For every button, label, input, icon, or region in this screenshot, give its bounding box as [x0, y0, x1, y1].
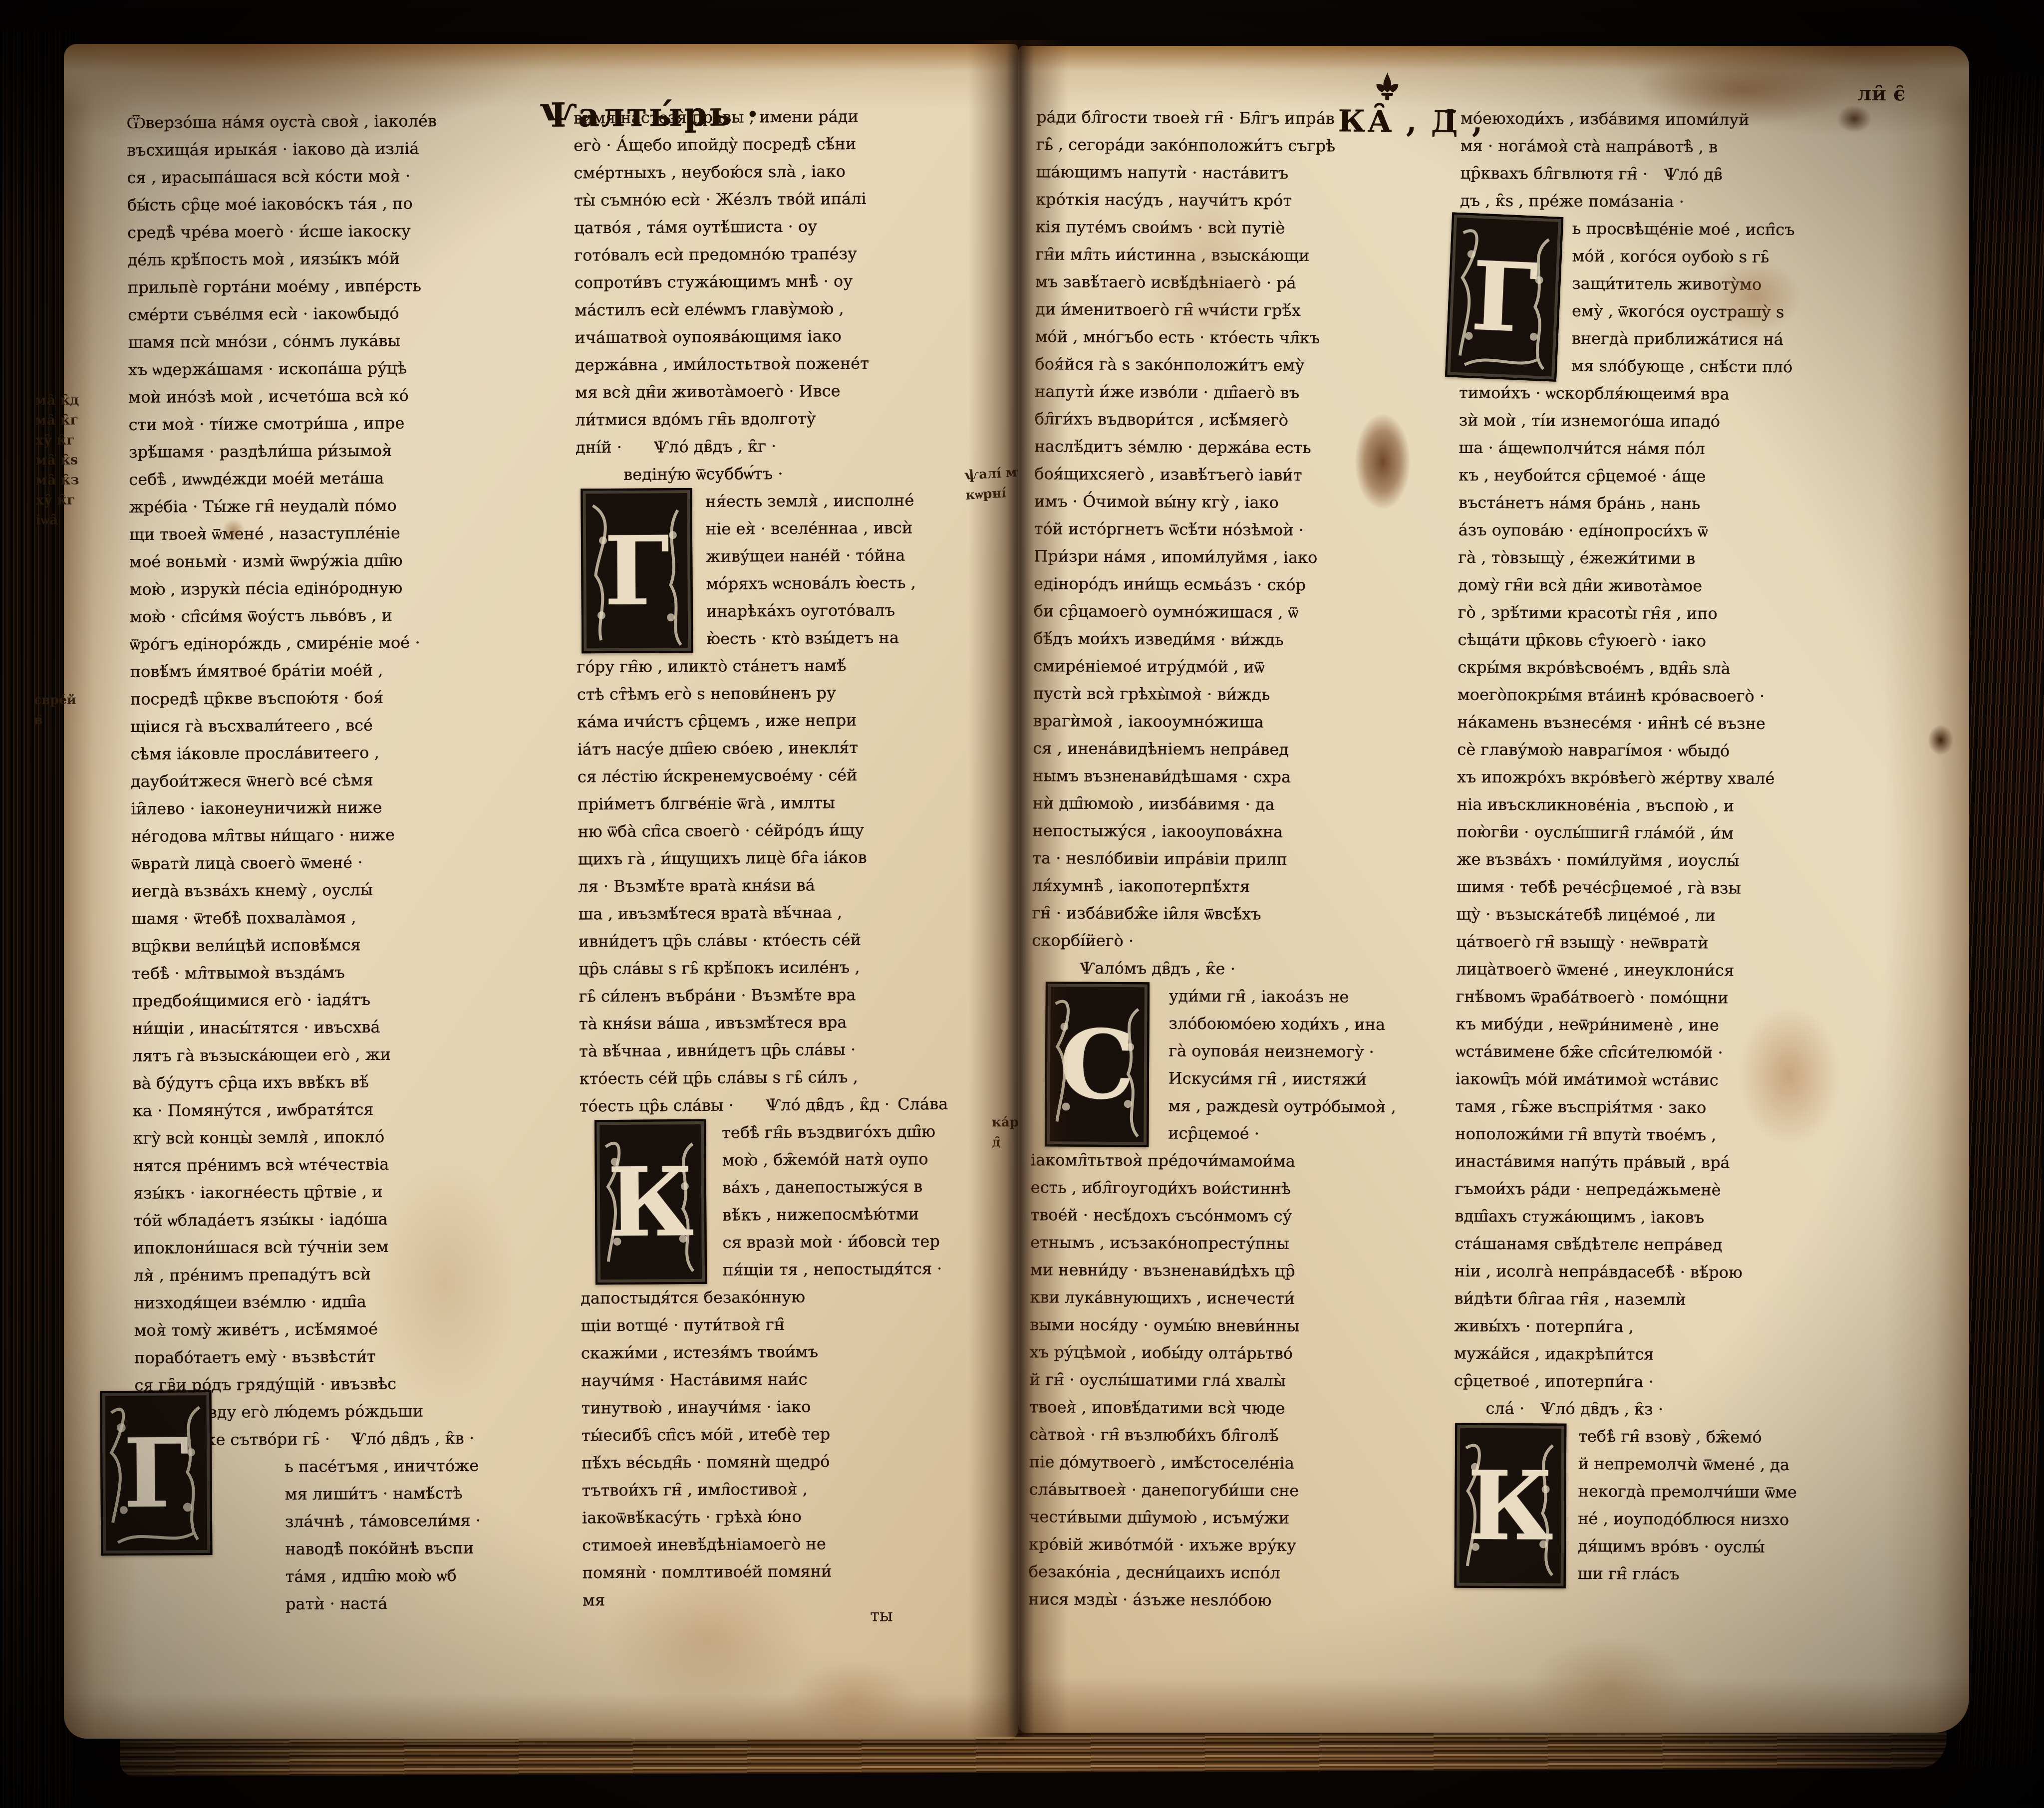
text-line: чести́выми дш̑умою̀ , исъму́жи [1029, 1503, 1441, 1533]
text-line: дъ , к̑ѕ , пре́же пома́заніа · [1460, 187, 1909, 217]
text-line: ню ѿба̀ сп̑са своего̀ · се́йро́дъ и́щу [578, 815, 997, 845]
text-line: средѣ̀ чре́ва моего̀ · и́сше іакоску [127, 217, 522, 247]
text-line: врагѝмоя̀ , іакооумно́жиша [1033, 707, 1445, 737]
text-line: пустѝ вся̀ грѣхы̀моя̀ · ви́ждь [1033, 680, 1445, 709]
text-line: го́ру гн̑ю , иликто̀ ста́нетъ намѣ́ [577, 651, 996, 681]
text-line: боя́йся га̀ ѕ зако́нположи́тъ ему̀ [1035, 350, 1447, 380]
text-line: ича́шатвоя̀ оупоява́ющимя іако [575, 321, 994, 351]
text-line: мою̀ , изрукѝ пе́сіа едіно́родную [129, 573, 524, 603]
text-line: ніи , исолга̀ непра́вдасебѣ̀ · вѣ́рою [1455, 1258, 1904, 1288]
text-line: ѡста́вимене бж̑е сп̑си́телюмо́й · [1456, 1038, 1905, 1068]
text-line: Ѿверзо́ша на́мя оуста̀ своя̀ , іаколе́в [127, 107, 521, 137]
text-line: же възва́хъ · поми́луймя , иоуслы́ [1457, 846, 1906, 876]
text-line: нися мзды̀ · а́зъже неѕло́бою [1028, 1585, 1440, 1615]
text-line: къ мибу́ди , неѿри́нименѐ , ине [1456, 1011, 1905, 1040]
text-line: іа́тъ насу́е дш̑ею сво́ею , инекля́т [577, 733, 996, 763]
text-line: іи̑лево · іаконеуничижѝ ниже [131, 793, 525, 823]
text-line: ніа ивъскликнове́ніа , въспою̀ , и [1457, 791, 1906, 821]
text-line: гь̑ си́ленъ въбра́ни · Възмѣ́те вра [579, 980, 998, 1010]
text-line: ка́ма ичи́стъ ср̑цемъ , иже непри [577, 706, 996, 736]
text-line: При́зри на́мя , ипоми́луймя , іако [1034, 542, 1446, 572]
text-line: то́й ѡблада́етъ язы́кы · іадо́ша [133, 1205, 528, 1235]
text-line: гь̑ , сегора́ди зако́нположи́тъ съгрѣ [1036, 131, 1448, 160]
text-line: ма̑ к̑д [35, 390, 79, 411]
text-line: гнѣ́вомъ ѿраба́твоего̀ · помо́щни [1456, 983, 1905, 1013]
text-line: ѿро́гъ едіноро́ждь , смире́ніе мое́ · [130, 628, 524, 658]
text-line: піе до́мутвоего̀ , имѣ́стоселе́ніа [1029, 1448, 1441, 1478]
text-line: бѣ́дъ мои́хъ изведи́мя · ви́ждь [1033, 625, 1445, 654]
text-line: ма̑ к̑ѕ [35, 450, 79, 471]
text-line: непостыжу́ся , іакооупова́хна [1032, 817, 1444, 846]
text-line: хъ ру́цѣмоѝ , иобы́ду олта́рьтво́ [1030, 1338, 1442, 1368]
text-line: пѣ́хъ ве́сьдн̑ь · помянѝ щедро́ [582, 1447, 1001, 1477]
text-line: гото́валъ есѝ предомно́ю трапе́зу [574, 239, 993, 269]
text-line: ма́стилъ есѝ еле́ѡмъ главу̀мою̀ , [575, 294, 994, 324]
text-line: тамя , гь̑же въспрія́тмя · зако [1455, 1093, 1904, 1123]
text-line: имъ · О́чимоѝ вы́ну кгу̀ , іако [1034, 488, 1446, 517]
text-line: цр̑ь сла́вы ѕ гь̑ крѣ́покъ исиле́нъ , [579, 953, 998, 983]
text-line: тебѣ̀ · мл̑твымоя̀ възда́мъ [132, 958, 526, 988]
text-line: кро́ткія насу́дъ , научи́тъ кро́т [1036, 186, 1448, 215]
text-line: сѐ главу́мою̀ наврагі́моя · ѡбыдо́ [1457, 736, 1906, 766]
text-line: предбоя́щимися его̀ · іадя́тъ [132, 985, 526, 1015]
text-line: на́камень възнесе́мя · ин̑нѣ се́ възне [1458, 709, 1907, 739]
text-line: цатво́я , та́мя оутѣ́шиста · оу [574, 212, 993, 242]
text-line: гн̑и мл̑ть ии́стинна , взыска́ющи [1035, 241, 1447, 270]
text-line: пріи́метъ блгве́ніе ѿга̀ , имлты [578, 788, 997, 818]
text-line: посредѣ̀ цр̑кве въспою́тя · боя́ [130, 683, 525, 713]
text-line: порабо́таетъ ему̀ · възвѣсти́т [134, 1342, 529, 1372]
catchword: ты [870, 1606, 893, 1626]
text-line: щи твоея̀ ѿмене́ , назаступле́ніе [129, 518, 524, 548]
ornate-initial-psalm26: Г [1445, 212, 1563, 381]
book-gutter-shadow [968, 40, 1068, 1737]
text-line: тинутвою̀ , инаучи́мя · іако [581, 1392, 1000, 1422]
text-line: наслѣ́дитъ зе́млю · держа́ва есть [1034, 433, 1446, 462]
text-line: ты́есибъ̑ сп̑съ мо́й , итебѐ тер [582, 1419, 1001, 1449]
right-page: КА̑ , Д̑ , ли̑ є̑ ра́ди бл̑гости твоея̀ … [1018, 46, 1969, 1733]
text-line: мужа́йся , идакрѣпи́тся [1454, 1340, 1903, 1370]
text-line: гн̑ · изба́вибж̑е іи̑ля ѿвсѣ́хъ [1032, 899, 1444, 929]
text-line: де́ль крѣ́пость моя̀ , иязы́къ мо́й [127, 244, 522, 274]
text-line: кто́есть се́й цр̑ь сла́вы ѕ гь̑ си́лъ , [579, 1062, 998, 1092]
text-line: шамя псѝ мно́зи , со́нмъ лука́вы [128, 326, 522, 356]
text-line: ша · а́щеѡполчи́тся на́мя по́л [1459, 434, 1908, 464]
text-line: лица̀твоего̀ ѿмене́ , инеуклони́ся [1456, 956, 1905, 986]
text-line: іакоѿвѣ́касу́ть · грѣха̀ ю́но [582, 1502, 1001, 1532]
text-line: дні́й · Ѱло́ дв̑дъ , к̑г · [576, 431, 995, 461]
text-line: низходя́щеи взе́млю · идш̑а [134, 1287, 528, 1317]
text-line: ивни́детъ цр̑ь сла́вы · кто́есть се́й [579, 925, 998, 955]
left-page: Ѱалты́рь · Ѿверзо́ша на́мя оуста̀ своя̀ … [64, 44, 1018, 1739]
text-line: мо́й , мно́гъбо есть · кто́есть чл̑къ [1035, 323, 1447, 352]
text-line: ху̑ к̑г [35, 430, 79, 451]
text-line: сме́рти съве́лмя есѝ · іакоѡбыдо́ [128, 299, 522, 329]
text-line: помянѝ · помлтивое́й помяни́ [582, 1556, 1001, 1586]
text-line: себѣ̀ , иѡѡде́жди мое́й мета́ша [129, 464, 523, 494]
text-line: безако́ніа , десни́цаихъ испо́л [1029, 1558, 1441, 1587]
text-line: напутѝ и́же изво́ли · дш̑аего̀ въ [1035, 378, 1447, 407]
text-line: іакоѡц̑ъ мо́й има́тимоя̀ ѡста́вис [1456, 1065, 1905, 1095]
text-line: ша́ющимъ напутѝ · наста́витъ [1036, 158, 1448, 188]
text-line: ся , инена́видѣніемъ непра́вед [1033, 735, 1445, 764]
text-line: держа́вна , ими́лостьтвоя̀ пожене́т [575, 349, 994, 379]
text-line: ми невни́ду · възненави́дѣхъ цр̑ [1030, 1256, 1442, 1286]
text-line: кія путе́мъ свои́мъ · всѝ путіѐ [1036, 213, 1448, 243]
text-line: кви лука́внующихъ , иснечести́ [1030, 1284, 1442, 1313]
text-line: ху̑ к̑г [35, 490, 79, 511]
text-line: іѡа̑ [36, 510, 80, 530]
text-line: научи́мя · Наста́вимя наи́с [581, 1364, 1000, 1394]
text-line: щіи вотще́ · пути́твоя̀ гн̑ [581, 1309, 1000, 1339]
text-line: прильпѐ горта́ни мое́му , ивпе́рсть [128, 271, 522, 301]
text-line: зрѣ́шамя · раздѣли́ша ри́зымоя̀ [129, 436, 523, 466]
text-line: а́зъ оупова́ю · еді́нопроси́хъ ѿ [1459, 517, 1908, 546]
text-line: едіноро́дъ ини́щь есмьа́зъ · ско́р [1034, 570, 1446, 599]
text-line: скорбі́йего̀ · [1032, 927, 1444, 956]
text-line: шамя · ѿтебѣ̀ похвала̀моя , [131, 903, 526, 933]
text-line: ца́твоего̀ гн̑ взыщу̀ · неѿвратѝ [1456, 928, 1905, 958]
text-line: ратѝ · наста́ [136, 1589, 530, 1619]
text-line: сти моя̀ · ті́иже смотри́ша , ипре [128, 409, 523, 439]
text-line: ли́тмися вдо́мъ гн̑ь вдолготу̀ [575, 404, 994, 434]
text-line: са̀твоя̀ · гн̑ възлюби́хъ бл̑голѣ́ [1029, 1421, 1441, 1450]
text-line: ма̑ к̑г [35, 410, 79, 431]
text-line: его̀ · А́щебо ипойду̀ посредѣ̀ сѣ́ни [574, 129, 993, 159]
text-line: ша , ивъзмѣ́теся врата̀ вѣ́чнаа , [578, 898, 997, 928]
text-line: не́годова мл̑твы ни́щаго · ниже [131, 820, 525, 850]
text-line: дапостыдя́тся безако́нную [581, 1282, 1000, 1312]
text-line: іакомл̑тьтвоя̀ пре́дочи́мамои́ма [1031, 1146, 1443, 1176]
text-line: щіися га̀ въсхвали́теего , все́ [130, 711, 525, 741]
text-line: хъ ипожро́хъ вкро́вѣего̀ же́ртву хвале́ [1457, 764, 1906, 793]
text-line: ка · Помяну́тся , иѡбратя́тся [133, 1095, 527, 1125]
text-line: ра́ди бл̑гости твоея̀ гн̑ · Бл̑гъ ипра́в [1036, 103, 1448, 133]
text-line: щихъ га̀ , и́щущихъ лицѐ бг̑а іа́ков [578, 843, 997, 873]
ornate-initial-psalm24: К [594, 1119, 707, 1285]
marginal-note-hebrew: євре́йв̑ [34, 690, 76, 731]
text-line: моя̀ тому̀ живе́тъ , исѣ́мямое́ [134, 1314, 528, 1344]
text-line: вцр̑кви вели́цѣй исповѣ́мся [132, 930, 526, 960]
text-line: й гн̑ · оуслы́шатими гла́ хвалы̀ [1030, 1366, 1442, 1395]
marginal-gospel-references: ма̑ к̑дма̑ к̑гху̑ к̑гма̑ к̑ѕма̑ к̑зху̑ к… [35, 390, 80, 530]
text-line: в̑ [34, 710, 76, 731]
text-line: дому̀ гн̑и вся̀ дн̑и живота̀мое [1458, 571, 1907, 601]
text-line: моего̀покры́мя вта́инѣ кро́васвоего̀ · [1458, 681, 1907, 711]
text-line: то́есть цр̑ь сла́вы · Ѱло́ дв̑дъ , к̑д ·… [580, 1090, 999, 1120]
text-line: скры́мя вкро́вѣсвое́мъ , вдн̑ь ѕла̀ [1458, 654, 1907, 684]
text-line: га̀ , то̀взыщу̀ , е́жежи́тими в [1458, 544, 1907, 574]
text-line: ведіну́ю ѿсуббѡ́тъ · [576, 459, 995, 489]
text-line: мо́еюходи́хъ , изба́вимя ипоми́луй [1460, 105, 1910, 135]
text-line: кро́вій живо́тмо́й · ихъже вру́ку [1029, 1531, 1441, 1560]
text-line: сме́ртныхъ , неубою́ся ѕла̀ , іако [574, 157, 993, 187]
text-line: вдш̑ахъ стужа́ющимъ , іаковъ [1455, 1203, 1904, 1233]
text-line: вимя настезя̀ пра́вы , имени ра́ди [574, 102, 993, 132]
text-line: бл̑ги́хъ въдвори́тся , исѣ́мяего̀ [1035, 405, 1447, 435]
text-line: сла́ · Ѱло́ дв̑дъ , к̑з · [1454, 1395, 1903, 1425]
text-line: гъмои́хъ ра́ди · непреда́жьменѐ [1455, 1175, 1904, 1205]
text-line: шимя · тебѣ̀ рече́ср̑цемое́ , га̀ взы [1457, 873, 1906, 903]
text-line: бы́сть ср̑це мое́ іаково́скъ та́я , по [127, 189, 522, 219]
text-line: сѣмя іа́ковле просла́витеего , [130, 738, 525, 768]
text-line: выми нося́ду · оумы́ю вневи́нны [1030, 1311, 1442, 1340]
text-line: ѿвратѝ лица̀ своего̀ ѿмене́ · [131, 848, 526, 878]
text-line: ср̑цетвое́ , ипотерпи́га · [1454, 1367, 1903, 1397]
text-line: ноположи́ми гн̑ впутѝ твое́мъ , [1455, 1120, 1904, 1150]
text-line: лятъ га̀ възыска́ющеи его̀ , жи [132, 1040, 527, 1070]
text-line: мя · нога́моя̀ ста̀ напра́вотѣ̀ , в [1460, 132, 1910, 162]
text-column-right-1: ра́ди бл̑гости твоея̀ гн̑ · Бл̑гъ ипра́в… [1028, 103, 1448, 1615]
text-line: то́й исто́ргнетъ ѿсѣ́ти но́зѣмоѝ · [1034, 515, 1446, 544]
text-line: иегда̀ възва́хъ кнему̀ , оуслы́ [131, 875, 526, 905]
text-line: би ср̑цамоего̀ оумно́жишася , ѿ [1034, 597, 1446, 627]
text-line: повѣ́мъ и́мятвое́ бра́тіи мое́й , [130, 656, 524, 686]
text-line: ста́шанамя свѣ́дѣтелє непра́вед [1455, 1230, 1904, 1260]
text-line: ся ле́стію и́скренемусвое́му · се́й [578, 761, 997, 790]
right-fore-edge [1957, 74, 2044, 1767]
text-line: стѣ ст̑ѣмъ его̀ ѕ непови́ненъ ру [577, 678, 996, 708]
text-line: живы́хъ · потерпи́га , [1454, 1312, 1903, 1342]
text-line: язы́къ · іакогне́есть цр̑твіе , и [133, 1177, 528, 1207]
text-line: сѣща́ти цр̑ковь ст̑уюего̀ · іако [1458, 626, 1907, 656]
text-line: зѝ моѝ , ті́и изнемого́ша ипадо́ [1459, 407, 1908, 437]
text-line: цр̑квахъ бл̑гвлютя гн̑ · Ѱло́ дв̑ [1460, 160, 1909, 190]
text-line: сопроти́въ стужа́ющимъ мнѣ̀ · оу [575, 266, 994, 296]
text-line: пою̀гв̑и · оуслы́шигн̑ гла́мо́й , и́м [1457, 818, 1906, 848]
text-line: ты̀ съмно́ю есѝ · Же́злъ тво́й ипа́лі [574, 184, 993, 214]
text-line: мя вся̀ дн̑и живота̀моего̀ · Ивсе [575, 376, 994, 406]
text-line: етнымъ , исъзако́нопресту́пны [1030, 1229, 1442, 1258]
text-line: моѝ ино́зѣ моѝ , исчето́ша вся̀ ко́ [128, 381, 523, 411]
text-line: ди и́менитвоего̀ гн̑ ѡчи́сти грѣ́х [1035, 295, 1447, 325]
text-line: ни́щіи , инасы́тятся · ивъсхва́ [132, 1013, 527, 1042]
text-line: жре́біа · Ты́же гн̑ неудалѝ по́мо [129, 491, 523, 521]
text-line: ля · Възмѣ́те врата̀ кня́ѕи ва́ [578, 870, 997, 900]
text-line: боя́щихсяего̀ , изавѣ́тъего̀ іави́т [1034, 460, 1446, 490]
text-line: та́мя , идш̑ю мою̀ ѡб [136, 1561, 530, 1591]
text-line: ся , ирасыпа́шася вся̀ ко́сти моя̀ · [127, 162, 521, 192]
text-line: ва̀ бу́дутъ ср̑ца ихъ ввѣ́къ вѣ́ [132, 1067, 527, 1097]
text-line: въсхища́я ирыка́я · іаково да̀ изліа́ [127, 134, 521, 164]
text-line: го̀ , зрѣ́тими красоты̀ гн̑я , ипо [1458, 599, 1907, 629]
text-line: даубои́тжеся ѿнего̀ все́ сѣмя [131, 766, 525, 795]
text-line: инаста́вимя напу́ть пра́вый , вра́ [1455, 1148, 1904, 1178]
text-line: хъ ѡдержа́шамя · ископа́ша ру́цѣ [128, 354, 523, 384]
text-line: тимои́хъ · ѡскорбля́ющеимя́ вра [1459, 379, 1908, 409]
text-column-left-2: вимя настезя̀ пра́вы , имени ра́диего̀ ·… [574, 102, 1002, 1614]
text-line: смире́ніемое́ итру́дмо́й , иѿ [1033, 652, 1445, 682]
text-line: ви́дѣти бл̑гаа гн̑я , наземлѝ [1454, 1285, 1903, 1315]
text-line: стимоея̀ иневѣ́дѣніамоего̀ не [582, 1529, 1001, 1559]
text-line: нѝ дш̑юмою̀ , иизба́вимя · да [1033, 789, 1445, 819]
text-line: та · неѕло́бивіи ипра́віи прилп [1032, 844, 1444, 874]
fleur-de-lis-icon [1374, 71, 1400, 100]
text-line: мъ завѣ́таего̀ исвѣ́дѣніаего̀ · ра́ [1035, 268, 1447, 297]
text-line: Ѱало́мъ дв̑дъ , к̑е · [1032, 954, 1444, 984]
text-line: та̀ вѣ́чнаа , ивни́детъ цр̑ь сла́вы · [579, 1035, 998, 1065]
text-line: ля́хумнѣ̀ , іакопотерпѣ́хтя [1032, 872, 1444, 901]
text-line: євре́й [34, 690, 76, 711]
ornate-initial-psalm22: Г [100, 1390, 212, 1555]
text-line: мою̀ · сп̑си́мя ѿоу́стъ льво́въ , и [130, 601, 524, 631]
text-line: ипоклони́шася всѝ ту́чніи зем [133, 1232, 528, 1262]
text-line: та̀ кня́ѕи ва́ша , ивъзмѣ́теся вра [579, 1008, 998, 1037]
folio-number: ли̑ є̑ [1857, 82, 1905, 106]
ornate-initial-psalm23: Г [581, 488, 693, 653]
text-line: щу̀ · възыска́тебѣ̀ лице́мое́ , ли [1457, 901, 1906, 931]
text-line: тътвои́хъ гн̑ , имл̑остивоя̀ , [582, 1474, 1001, 1504]
text-line: твоея̀ , иповѣ́датими вся̀ чюде [1029, 1393, 1441, 1423]
text-line: мя [583, 1584, 1002, 1614]
text-line: мое́ воньмѝ · измѝ ѿѡру́жіа дш̑ю [129, 546, 524, 576]
text-line: нятся пре́нимъ вся̀ ѡте́чествіа [133, 1150, 527, 1180]
text-line: скажи́ми , истезя́мъ твои́мъ [581, 1337, 1000, 1367]
text-line: въста́нетъ на́мя бра́нь , нань [1459, 489, 1908, 519]
text-line: къ , неубои́тся ср̑цемое́ · а́ще [1459, 462, 1908, 492]
text-line: сла́вытвоея̀ · данепогуби́ши сне [1029, 1476, 1441, 1505]
text-line: ма̑ к̑з [35, 470, 79, 491]
text-line: нымъ възненави́дѣшамя · схра [1033, 762, 1445, 791]
text-line: кгу̀ всѝ концы̀ земля̀ , ипокло́ [133, 1122, 527, 1152]
text-line: твое́й · несѣ́дохъ съсо́нмомъ су́ [1030, 1201, 1442, 1231]
text-line: есть , ибл̑гоугоди́хъ вои́стиннѣ [1031, 1174, 1443, 1203]
ornate-initial-psalm27: К [1455, 1423, 1567, 1588]
text-line: ля̀ , пре́нимъ препаду́тъ всѝ [134, 1260, 528, 1290]
